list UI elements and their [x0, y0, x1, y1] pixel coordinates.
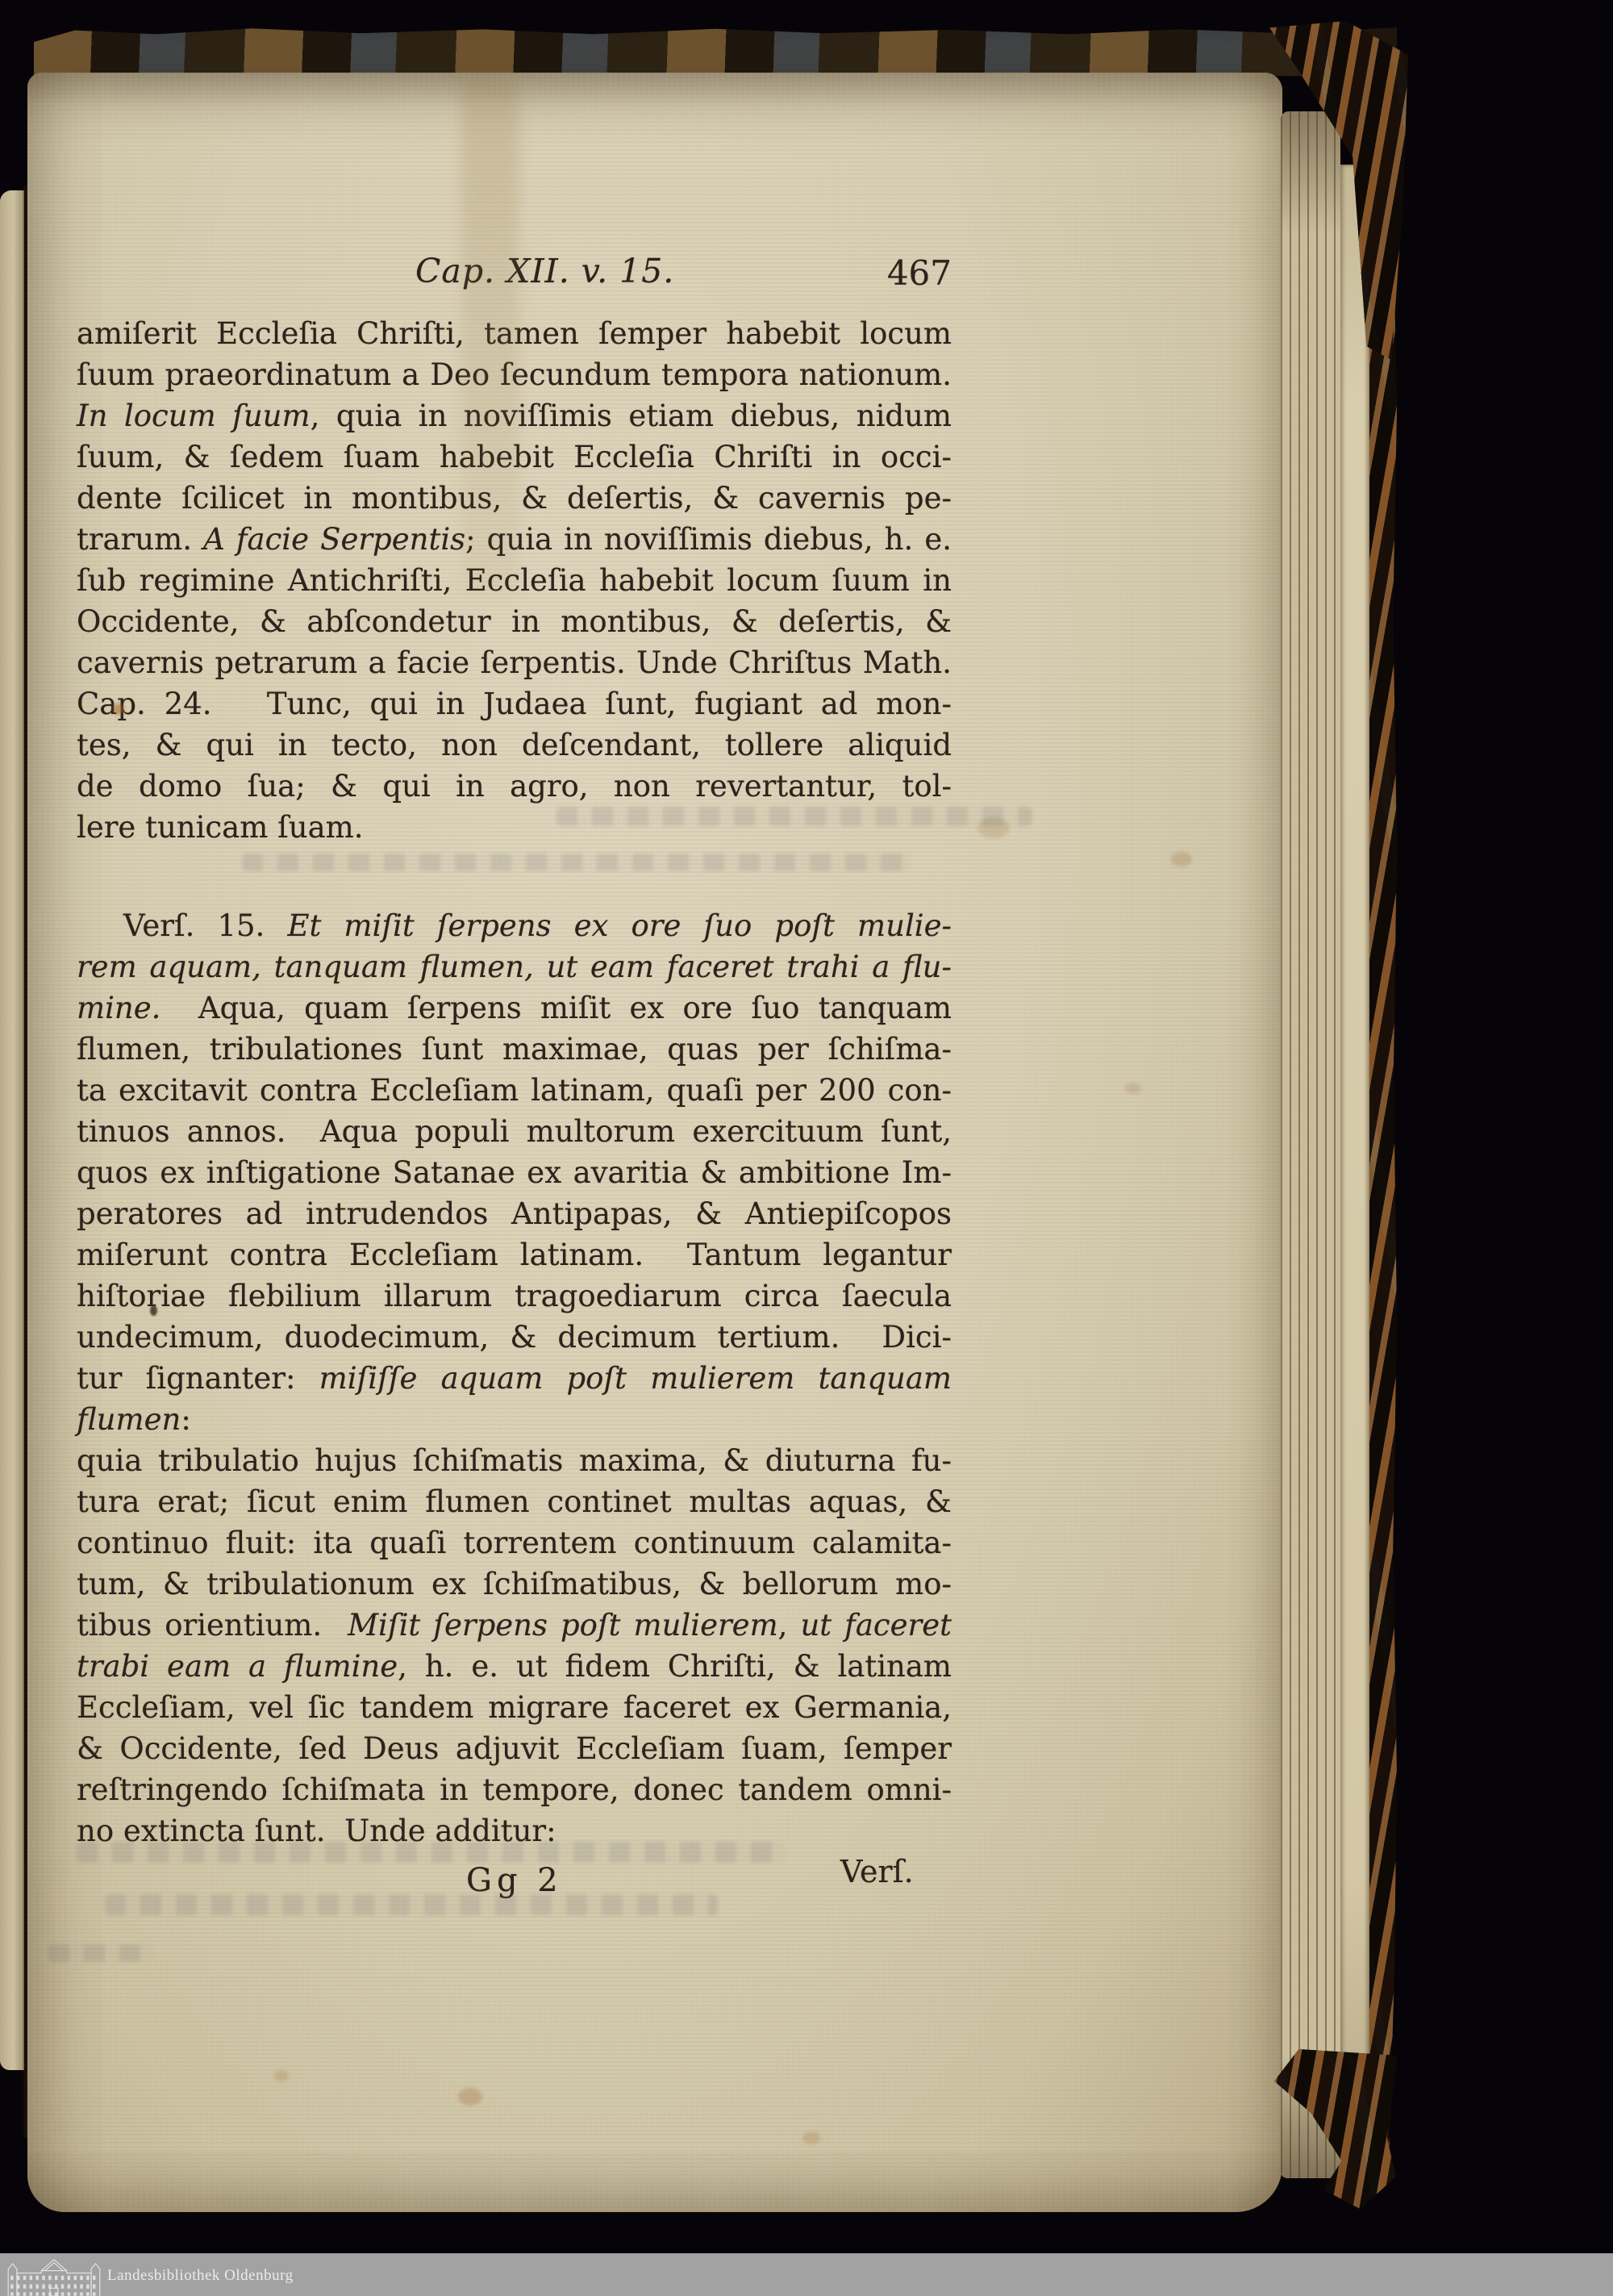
- ink-bleedthrough: [77, 1842, 786, 1863]
- text-segment: peratores ad intrudendos Antipapas, & An…: [77, 1196, 952, 1231]
- text-segment: ut faceret: [800, 1608, 952, 1643]
- text-segment: Verſ. 15.: [123, 908, 287, 943]
- text-line: miſerunt contra Eccleſiam latinam. Tantu…: [77, 1234, 952, 1275]
- text-segment: Aqua, quam ſerpens miſit ex ore ſuo tanq…: [160, 991, 952, 1025]
- text-segment: Eccleſiam, vel ſic tandem migrare facere…: [77, 1690, 952, 1725]
- text-segment: de domo ſua; & qui in agro, non revertan…: [77, 769, 952, 804]
- text-line: rem aquam, tanquam flumen, ut eam facere…: [77, 946, 952, 987]
- fox-spot: [977, 817, 1010, 838]
- paper-stain-streak: [461, 77, 519, 594]
- library-bar: Landesbibliothek Oldenburg: [0, 2253, 1613, 2296]
- text-segment: quos ex inſtigatione Satanae ex avaritia…: [77, 1155, 952, 1190]
- fox-spot: [458, 2088, 482, 2106]
- text-segment: tes, & qui in tecto, non deſcendant, tol…: [77, 728, 952, 762]
- text-line: Occidente, & abſcondetur in montibus, & …: [77, 601, 952, 642]
- text-segment: , h. e. ut fidem Chriſti, & latinam: [398, 1649, 952, 1684]
- text-segment: cavernis petrarum a facie ſerpentis. Und…: [77, 645, 952, 680]
- text-segment: lere tunicam ſuam.: [77, 810, 364, 845]
- text-segment: Et miſit ſerpens ex ore ſuo poſt mulie-: [287, 908, 952, 943]
- text-segment: tibus orientium.: [77, 1608, 348, 1643]
- text-line: cavernis petrarum a facie ſerpentis. Und…: [77, 642, 952, 683]
- text-line: mine. Aqua, quam ſerpens miſit ex ore ſu…: [77, 987, 952, 1029]
- text-segment: ,: [778, 1608, 801, 1643]
- ink-bleedthrough: [242, 854, 911, 871]
- fox-spot: [1125, 1083, 1141, 1094]
- ink-fleck: [150, 1305, 157, 1316]
- fox-spot: [802, 2131, 820, 2144]
- marbled-cover-edge: [1369, 77, 1397, 2148]
- fox-spot: [274, 2070, 289, 2081]
- text-line: de domo ſua; & qui in agro, non revertan…: [77, 766, 952, 807]
- text-segment: hiſtoriae flebilium illarum tragoediarum…: [77, 1279, 952, 1313]
- fox-spot: [113, 703, 124, 715]
- text-segment: continuo fluit: ita quaſi torrentem cont…: [77, 1526, 952, 1560]
- text-line: tinuos annos. Aqua populi multorum exerc…: [77, 1111, 952, 1152]
- book-head-edge: [34, 27, 1397, 76]
- fore-edge-strip: [1340, 165, 1369, 2178]
- text-segment: trarum.: [77, 522, 203, 557]
- text-segment: tum, & tribulationum ex ſchiſmatibus, & …: [77, 1567, 952, 1601]
- text-segment: undecimum, duodecimum, & decimum tertium…: [77, 1320, 952, 1355]
- text-line: Verſ. 15. Et miſit ſerpens ex ore ſuo po…: [77, 905, 952, 946]
- text-segment: Miſit ſerpens poſt mulierem: [348, 1608, 778, 1643]
- text-line: quos ex inſtigatione Satanae ex avaritia…: [77, 1152, 952, 1193]
- text-line: hiſtoriae flebilium illarum tragoediarum…: [77, 1275, 952, 1317]
- text-segment: ; quia in noviſſimis diebus, h. e.: [465, 522, 952, 557]
- library-building-icon: [6, 2256, 102, 2296]
- text-segment: ta excitavit contra Eccleſiam latinam, q…: [77, 1073, 952, 1108]
- page-number: 467: [887, 253, 952, 293]
- text-line: Cap. 24. Tunc, qui in Judaea ſunt, fugia…: [77, 683, 952, 724]
- text-line: undecimum, duodecimum, & decimum tertium…: [77, 1317, 952, 1358]
- text-segment: A facie Serpentis: [203, 522, 465, 557]
- text-segment: rem aquam, tanquam flumen, ut eam facere…: [77, 950, 952, 984]
- ink-bleedthrough: [48, 1944, 153, 1962]
- text-line: continuo fluit: ita quaſi torrentem cont…: [77, 1522, 952, 1563]
- ink-bleedthrough: [105, 1894, 718, 1915]
- adjacent-page-sliver: [0, 190, 24, 2070]
- text-segment: Occidente, & abſcondetur in montibus, & …: [77, 604, 952, 639]
- paragraph: Verſ. 15. Et miſit ſerpens ex ore ſuo po…: [77, 905, 952, 1851]
- text-segment: trabi eam a flumine: [77, 1649, 398, 1684]
- text-segment: tura erat; ſicut enim flumen continet mu…: [77, 1484, 952, 1519]
- text-line: Eccleſiam, vel ſic tandem migrare facere…: [77, 1687, 952, 1728]
- text-line: flumen, tribulationes ſunt maximae, quas…: [77, 1029, 952, 1070]
- text-line: tum, & tribulationum ex ſchiſmatibus, & …: [77, 1563, 952, 1605]
- text-segment: flumen, tribulationes ſunt maximae, quas…: [77, 1032, 952, 1067]
- text-segment: , quia in noviſſimis etiam diebus, nidum: [311, 399, 952, 433]
- text-segment: Cap. 24. Tunc, qui in Judaea ſunt, fugia…: [77, 687, 952, 721]
- text-line: tibus orientium. Miſit ſerpens poſt muli…: [77, 1605, 952, 1646]
- text-line: quia tribulatio hujus ſchiſmatis maxima,…: [77, 1440, 952, 1481]
- fox-spot: [1171, 852, 1192, 866]
- text-segment: tur ſignanter:: [77, 1361, 319, 1396]
- library-bar-label: Landesbibliothek Oldenburg: [107, 2253, 294, 2296]
- text-segment: In locum ſuum: [77, 399, 311, 433]
- text-line: ta excitavit contra Eccleſiam latinam, q…: [77, 1070, 952, 1111]
- text-segment: miſerunt contra Eccleſiam latinam. Tantu…: [77, 1238, 952, 1272]
- text-line: reſtringendo ſchiſmata in tempore, donec…: [77, 1769, 952, 1810]
- text-segment: quia tribulatio hujus ſchiſmatis maxima,…: [77, 1443, 952, 1478]
- text-segment: & Occidente, ſed Deus adjuvit Eccleſiam …: [77, 1731, 952, 1766]
- text-line: & Occidente, ſed Deus adjuvit Eccleſiam …: [77, 1728, 952, 1769]
- chapter-heading: Cap. XII. v. 15.: [415, 252, 674, 290]
- page-stack-edges: [1281, 111, 1340, 2178]
- catchword: Verſ.: [840, 1854, 914, 1889]
- text-segment: reſtringendo ſchiſmata in tempore, donec…: [77, 1772, 952, 1807]
- ink-bleedthrough: [556, 807, 1032, 826]
- text-segment: mine.: [77, 991, 160, 1025]
- text-segment: tinuos annos. Aqua populi multorum exerc…: [77, 1114, 952, 1149]
- text-line: trabi eam a flumine, h. e. ut fidem Chri…: [77, 1646, 952, 1687]
- text-line: tura erat; ſicut enim flumen continet mu…: [77, 1481, 952, 1522]
- text-line: tur ſignanter: miſiſſe aquam poſt mulier…: [77, 1358, 952, 1440]
- text-line: tes, & qui in tecto, non deſcendant, tol…: [77, 724, 952, 766]
- text-segment: :: [181, 1402, 190, 1437]
- text-line: peratores ad intrudendos Antipapas, & An…: [77, 1193, 952, 1234]
